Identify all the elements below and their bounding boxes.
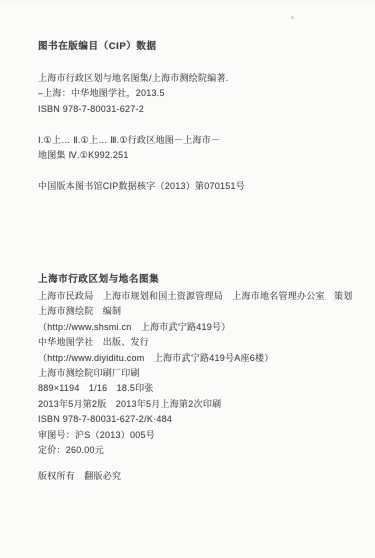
atlas-title: 上海市行政区划与地名图集 xyxy=(38,272,159,287)
cip-bibliographic-block: 上海市行政区划与地名图集/上海市测绘院编著. –上海：中华地图学社，2013.5… xyxy=(38,71,229,117)
format-sheets-line: 889×1194 1/16 18.5印张 xyxy=(38,381,353,396)
cip-title-statement: 上海市行政区划与地名图集/上海市测绘院编著. xyxy=(38,71,229,86)
printer-line: 上海市测绘院印刷厂印刷 xyxy=(38,366,353,381)
colophon-block: 上海市民政局 上海市规划和国土资源管理局 上海市地名管理办公室 策划 上海市测绘… xyxy=(38,289,353,458)
compiler-credit-line: 上海市测绘院 编制 xyxy=(38,304,353,319)
scan-speck xyxy=(291,16,294,19)
cip-section-header: 图书在版编目（CIP）数据 xyxy=(38,39,157,54)
edition-printing-line: 2013年5月第2版 2013年5月上海第2次印刷 xyxy=(38,397,353,412)
planners-credit-line: 上海市民政局 上海市规划和国土资源管理局 上海市地名管理办公室 策划 xyxy=(38,289,353,304)
cip-classification-block: Ⅰ.①上… Ⅱ.①上… Ⅲ.①行政区地图－上海市－ 地图集 Ⅳ.①K992.25… xyxy=(38,133,220,164)
cip-publisher-line: –上海：中华地图学社，2013.5 xyxy=(38,86,229,101)
cip-isbn-line: ISBN 978-7-80031-627-2 xyxy=(38,102,229,117)
copyright-notice: 版权所有 翻版必究 xyxy=(38,469,121,484)
compiler-address-line: （http://www.shsmi.cn 上海市武宁路419号） xyxy=(38,320,353,335)
publisher-address-line: （http://www.diyiditu.com 上海市武宁路419号A座6楼） xyxy=(38,351,353,366)
book-copyright-page: 图书在版编目（CIP）数据 上海市行政区划与地名图集/上海市测绘院编著. –上海… xyxy=(0,0,375,558)
cip-classification-line-2: 地图集 Ⅳ.①K992.251 xyxy=(38,148,220,163)
price-line: 定价：260.00元 xyxy=(38,443,353,458)
cip-registry-number: 中国版本图书馆CIP数据核字（2013）第070151号 xyxy=(38,179,245,194)
map-approval-number-line: 审图号：沪S（2013）005号 xyxy=(38,428,353,443)
isbn-line: ISBN 978-7-80031-627-2/K·484 xyxy=(38,412,353,427)
publisher-line: 中华地图学社 出版、发行 xyxy=(38,335,353,350)
cip-classification-line-1: Ⅰ.①上… Ⅱ.①上… Ⅲ.①行政区地图－上海市－ xyxy=(38,133,220,148)
